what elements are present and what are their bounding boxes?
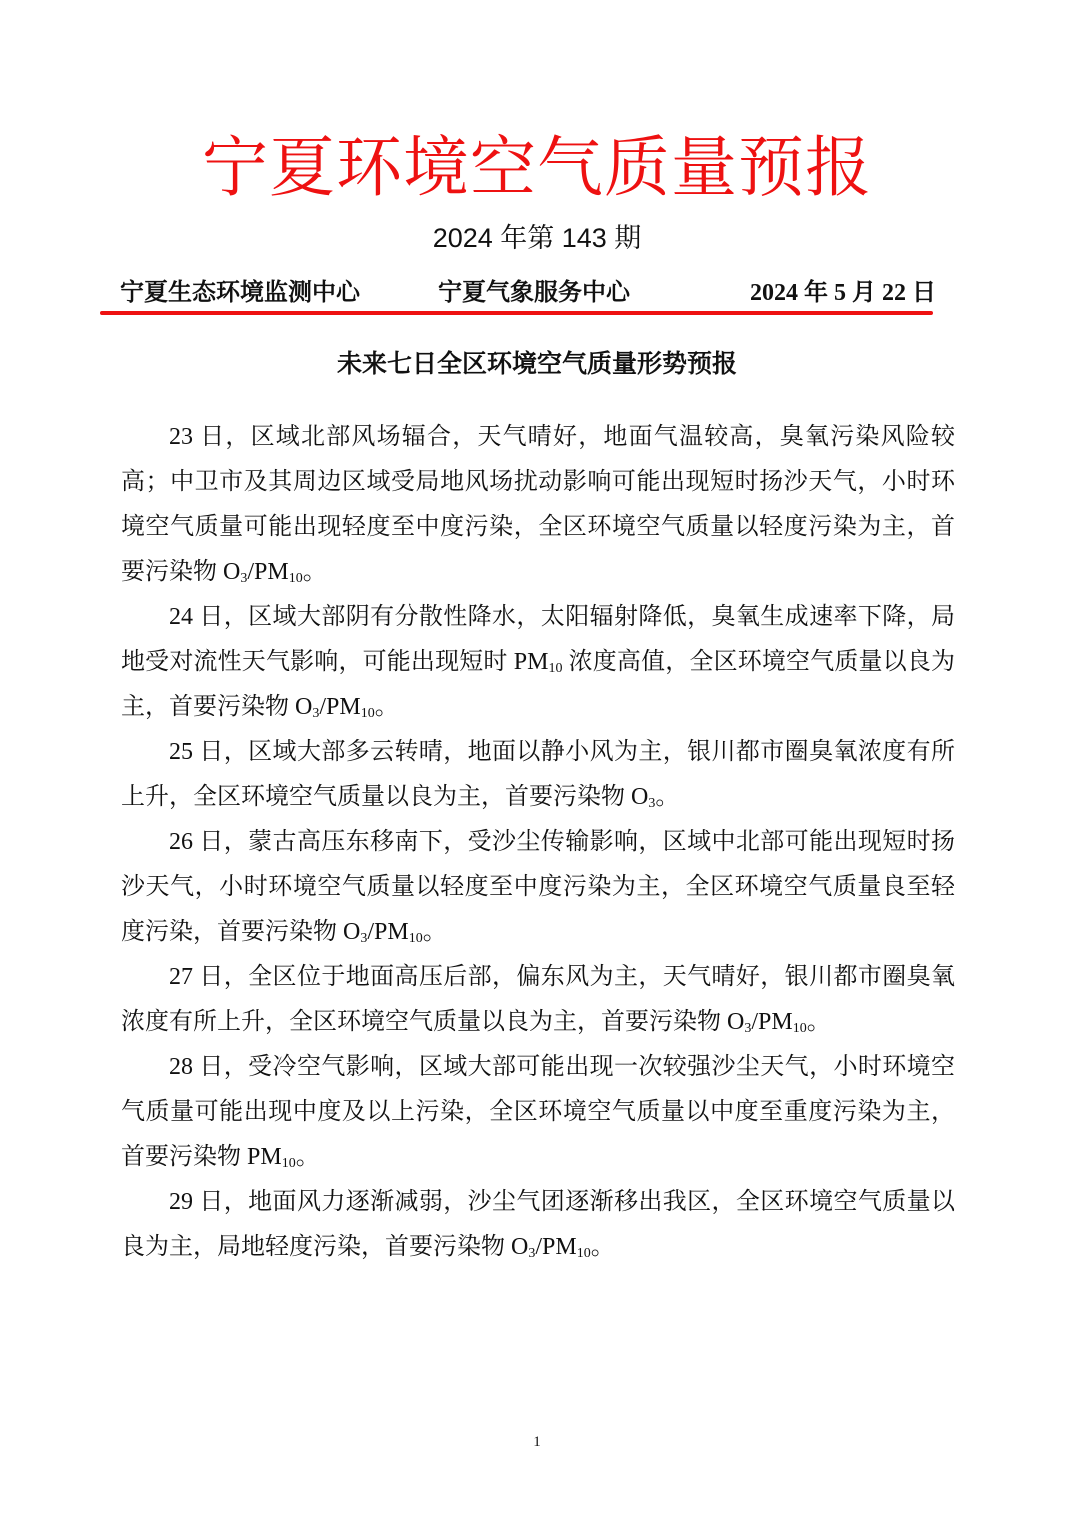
forecast-day-label: 26 日 [169, 829, 224, 855]
primary-pollutant: O3/PM10 [727, 1009, 807, 1035]
primary-pollutant: O3/PM10 [511, 1234, 591, 1260]
forecast-day-label: 29 日 [169, 1189, 224, 1215]
forecast-body: 23 日，区域北部风场辐合，天气晴好，地面气温较高，臭氧污染风险较高；中卫市及其… [121, 415, 955, 1270]
primary-pollutant: O3 [631, 784, 655, 810]
forecast-day-label: 27 日 [169, 964, 224, 990]
publisher-row: 宁夏生态环境监测中心 宁夏气象服务中心 2024 年 5 月 22 日 [120, 276, 936, 310]
publisher-ecology-center: 宁夏生态环境监测中心 [120, 276, 360, 310]
page-number: 1 [0, 1434, 1074, 1451]
forecast-text: ，蒙古高压东移南下，受沙尘传输影响，区域中北部可能出现短时扬沙天气，小时环境空气… [121, 829, 955, 945]
masthead-title: 宁夏环境空气质量预报 [0, 128, 1074, 208]
red-divider [100, 311, 933, 315]
primary-pollutant: O3/PM10 [343, 919, 423, 945]
forecast-day-28: 28 日，受冷空气影响，区域大部可能出现一次较强沙尘天气，小时环境空气质量可能出… [121, 1045, 955, 1180]
forecast-day-25: 25 日，区域大部多云转晴，地面以静小风为主，银川都市圈臭氧浓度有所上升，全区环… [121, 730, 955, 820]
forecast-day-24: 24 日，区域大部阴有分散性降水，太阳辐射降低，臭氧生成速率下降，局地受对流性天… [121, 595, 955, 730]
forecast-day-23: 23 日，区域北部风场辐合，天气晴好，地面气温较高，臭氧污染风险较高；中卫市及其… [121, 415, 955, 595]
forecast-day-label: 28 日 [169, 1054, 224, 1080]
forecast-day-26: 26 日，蒙古高压东移南下，受沙尘传输影响，区域中北部可能出现短时扬沙天气，小时… [121, 820, 955, 955]
primary-pollutant: O3/PM10 [295, 694, 375, 720]
forecast-day-label: 25 日 [169, 739, 224, 765]
forecast-text: ，区域大部多云转晴，地面以静小风为主，银川都市圈臭氧浓度有所上升，全区环境空气质… [121, 739, 955, 810]
inline-pollutant: PM10 [514, 649, 563, 675]
primary-pollutant: PM10 [247, 1144, 296, 1170]
issue-number: 2024 年第 143 期 [0, 220, 1074, 256]
primary-pollutant: O3/PM10 [223, 559, 303, 585]
forecast-day-27: 27 日，全区位于地面高压后部，偏东风为主，天气晴好，银川都市圈臭氧浓度有所上升… [121, 955, 955, 1045]
publish-date: 2024 年 5 月 22 日 [750, 276, 936, 310]
section-title: 未来七日全区环境空气质量形势预报 [0, 346, 1074, 382]
forecast-day-label: 23 日 [169, 424, 225, 450]
forecast-day-label: 24 日 [169, 604, 224, 630]
forecast-day-29: 29 日，地面风力逐渐减弱，沙尘气团逐渐移出我区，全区环境空气质量以良为主，局地… [121, 1180, 955, 1270]
publisher-weather-center: 宁夏气象服务中心 [438, 276, 630, 310]
